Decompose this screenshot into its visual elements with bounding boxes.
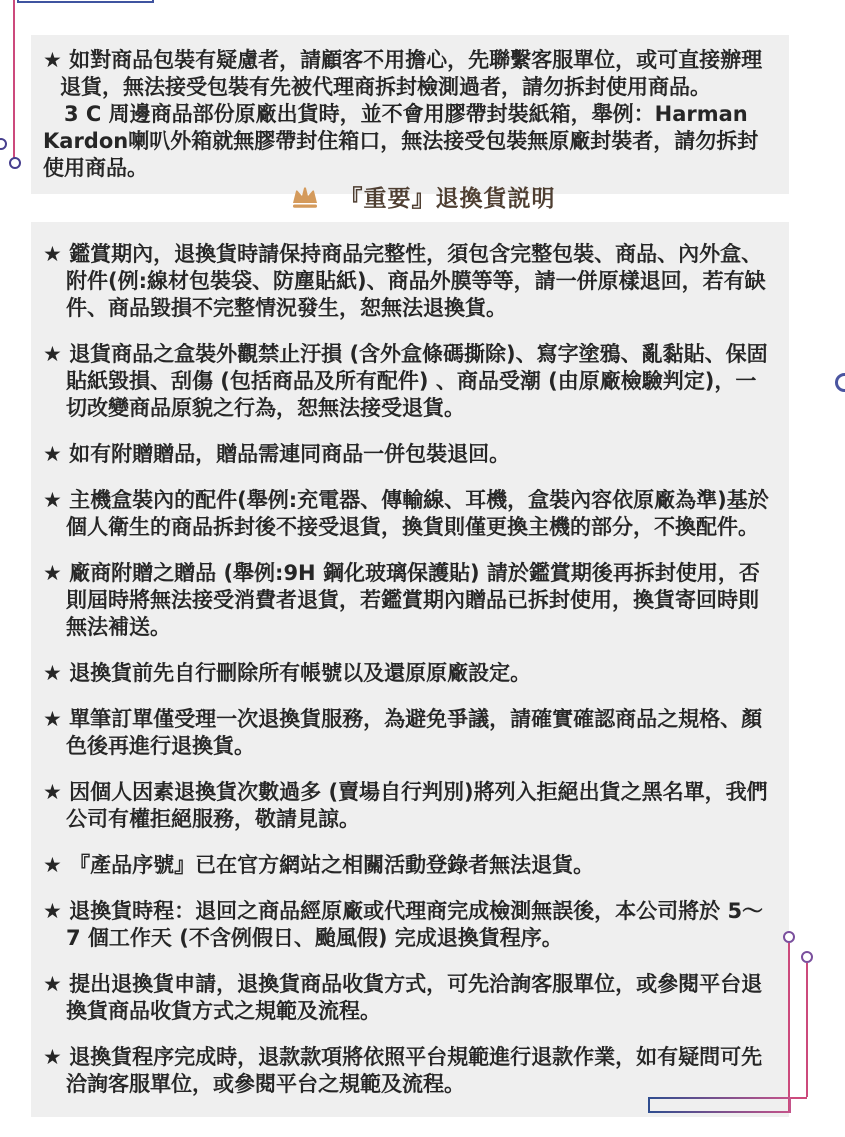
policy-item: ★ 『產品序號』已在官方網站之相關活動登錄者無法退貨。 xyxy=(43,852,777,879)
crown-icon xyxy=(289,185,321,216)
notice-paragraph: 3 C 周邊商品部份原廠出貨時，並不會用膠帶封裝紙箱，舉例：Harman Kar… xyxy=(43,101,777,182)
section-heading-text: 『重要』退換貨説明 xyxy=(340,186,556,212)
decorative-ring-bottom-1 xyxy=(783,931,795,943)
policy-item: ★ 廠商附贈之贈品 (舉例:9H 鋼化玻璃保護貼) 請於鑑賞期後再拆封使用，否則… xyxy=(43,560,777,641)
policy-item: ★ 鑑賞期內，退換貨時請保持商品完整性，須包含完整包裝、商品、內外盒、附件(例:… xyxy=(43,241,777,322)
policy-item: ★ 退換貨時程：退回之商品經原廠或代理商完成檢測無誤後，本公司將於 5～7 個工… xyxy=(43,898,777,952)
decorative-line-bottom-2 xyxy=(806,963,808,1097)
policy-item: ★ 如有附贈贈品，贈品需連同商品一併包裝退回。 xyxy=(43,441,777,468)
decorative-frame-bottom xyxy=(648,1097,791,1113)
policy-item: ★ 提出退換貨申請，退換貨商品收貨方式，可先洽詢客服單位，或參閱平台退換貨商品收… xyxy=(43,971,777,1025)
decorative-ring-bottom-2 xyxy=(801,951,813,963)
decorative-frame-top xyxy=(17,0,154,3)
decorative-line-bottom-1 xyxy=(788,943,790,1113)
decorative-ring-top-left xyxy=(9,157,21,169)
packaging-notice-box: ★ 如對商品包裝有疑慮者，請顧客不用擔心，先聯繫客服單位，或可直接辦理退貨，無法… xyxy=(31,35,789,194)
return-policy-box: ★ 鑑賞期內，退換貨時請保持商品完整性，須包含完整包裝、商品、內外盒、附件(例:… xyxy=(31,222,789,1117)
policy-item: ★ 退換貨前先自行刪除所有帳號以及還原原廠設定。 xyxy=(43,660,777,687)
decorative-ring-left-edge xyxy=(0,138,7,150)
section-heading: 『重要』退換貨説明 xyxy=(0,180,845,216)
policy-item: ★ 主機盒裝內的配件(舉例:充電器、傳輸線、耳機，盒裝內容依原廠為準)基於個人衛… xyxy=(43,487,777,541)
decorative-line-connector xyxy=(791,1097,807,1099)
decorative-line-top-left xyxy=(13,0,15,158)
policy-item: ★ 因個人因素退換貨次數過多 (賣場自行判別)將列入拒絕出貨之黑名單，我們公司有… xyxy=(43,779,777,833)
policy-item: ★ 退換貨程序完成時，退款款項將依照平台規範進行退款作業，如有疑問可先洽詢客服單… xyxy=(43,1044,777,1098)
policy-item: ★ 退貨商品之盒裝外觀禁止汙損 (含外盒條碼撕除)、寫字塗鴉、亂黏貼、保固貼紙毀… xyxy=(43,341,777,422)
decorative-ring-right-edge xyxy=(835,373,845,392)
policy-item: ★ 單筆訂單僅受理一次退換貨服務，為避免爭議，請確實確認商品之規格、顏色後再進行… xyxy=(43,706,777,760)
notice-paragraph: ★ 如對商品包裝有疑慮者，請顧客不用擔心，先聯繫客服單位，或可直接辦理退貨，無法… xyxy=(43,47,777,101)
